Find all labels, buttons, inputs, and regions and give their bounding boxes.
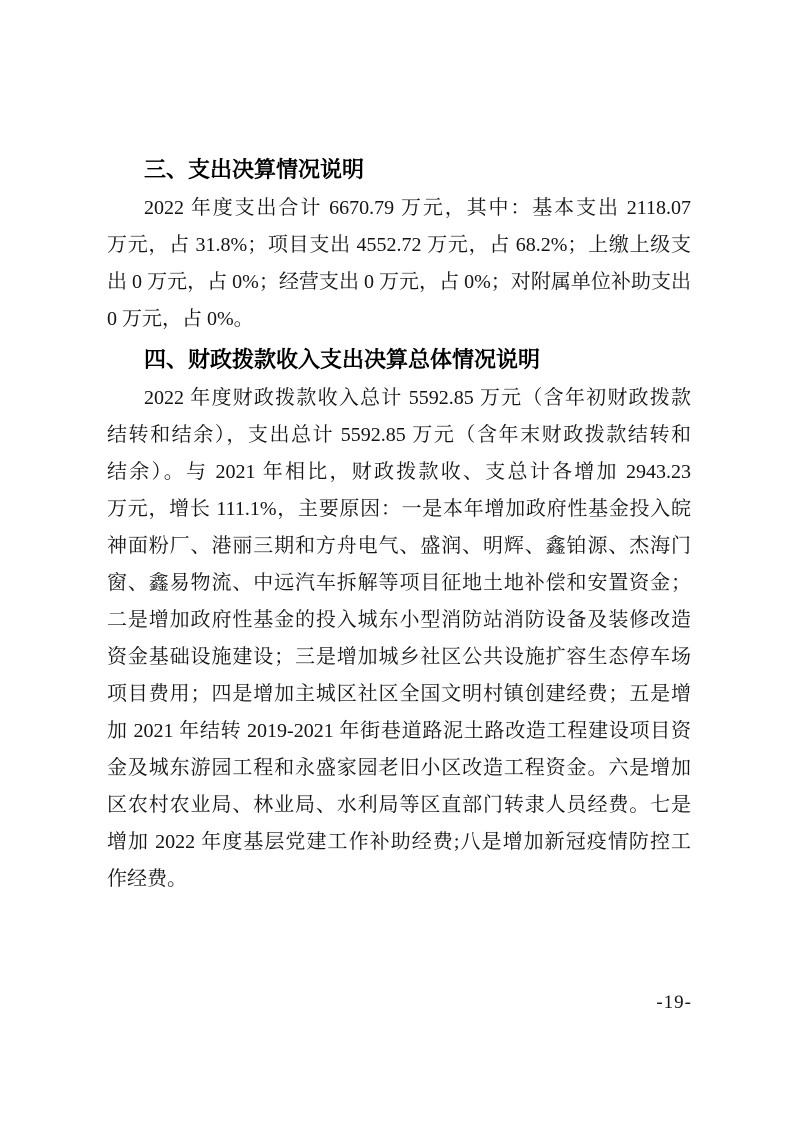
text-line: 万元，增长 111.1%，主要原因：一是本年增加政府性基金投入皖 <box>107 491 691 528</box>
paragraph-expenditure: 2022 年度支出合计 6670.79 万元，其中：基本支出 2118.07 万… <box>107 190 691 338</box>
document-body: 三、支出决算情况说明 2022 年度支出合计 6670.79 万元，其中：基本支… <box>107 150 691 898</box>
text-line: 2022 年度财政拨款收入总计 5592.85 万元（含年初财政拨款 <box>107 380 691 417</box>
text-line: 结转和结余），支出总计 5592.85 万元（含年末财政拨款结转和 <box>107 417 691 454</box>
text-line: 窗、鑫易物流、中远汽车拆解等项目征地土地补偿和安置资金； <box>107 565 691 602</box>
text-line: 金及城东游园工程和永盛家园老旧小区改造工程资金。六是增加 <box>107 750 691 787</box>
page-number: -19- <box>656 992 692 1014</box>
text-line: 资金基础设施建设；三是增加城乡社区公共设施扩容生态停车场 <box>107 639 691 676</box>
text-line: 2022 年度支出合计 6670.79 万元，其中：基本支出 2118.07 <box>107 190 691 227</box>
text-line: 神面粉厂、港丽三期和方舟电气、盛润、明辉、鑫铂源、杰海门 <box>107 528 691 565</box>
text-line: 0 万元，占 0%。 <box>107 301 691 338</box>
text-line: 出 0 万元，占 0%；经营支出 0 万元，占 0%；对附属单位补助支出 <box>107 264 691 301</box>
text-line: 增加 2022 年度基层党建工作补助经费;八是增加新冠疫情防控工 <box>107 824 691 861</box>
text-line: 加 2021 年结转 2019-2021 年街巷道路泥土路改造工程建设项目资 <box>107 713 691 750</box>
text-line: 万元，占 31.8%；项目支出 4552.72 万元，占 68.2%；上缴上级支 <box>107 227 691 264</box>
section-heading-fiscal-appropriation: 四、财政拨款收入支出决算总体情况说明 <box>107 340 691 380</box>
document-page: 三、支出决算情况说明 2022 年度支出合计 6670.79 万元，其中：基本支… <box>0 0 793 1122</box>
text-line: 作经费。 <box>107 861 691 898</box>
text-line: 二是增加政府性基金的投入城东小型消防站消防设备及装修改造 <box>107 602 691 639</box>
paragraph-fiscal-appropriation: 2022 年度财政拨款收入总计 5592.85 万元（含年初财政拨款 结转和结余… <box>107 380 691 898</box>
text-line: 区农村农业局、林业局、水利局等区直部门转隶人员经费。七是 <box>107 787 691 824</box>
text-line: 结余）。与 2021 年相比，财政拨款收、支总计各增加 2943.23 <box>107 454 691 491</box>
text-line: 项目费用；四是增加主城区社区全国文明村镇创建经费；五是增 <box>107 676 691 713</box>
section-heading-expenditure: 三、支出决算情况说明 <box>107 150 691 190</box>
